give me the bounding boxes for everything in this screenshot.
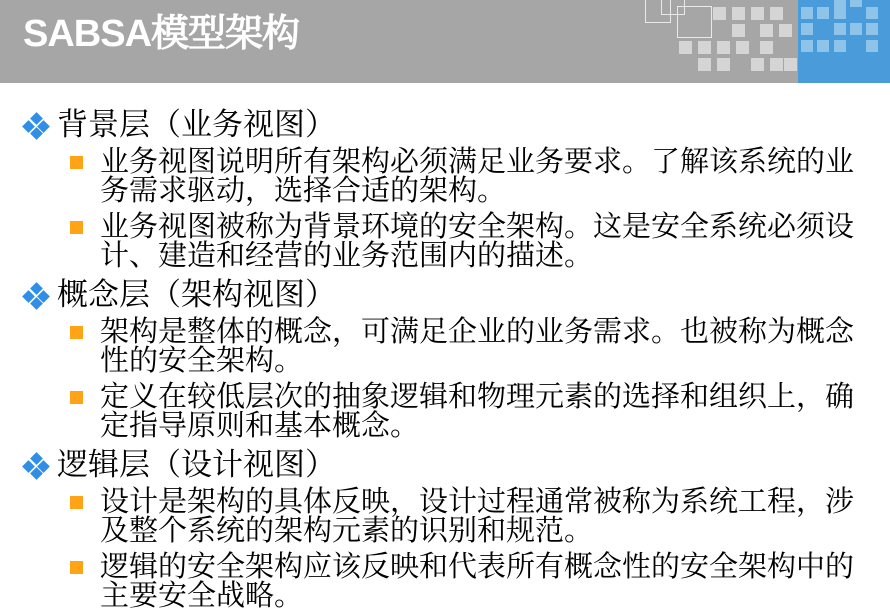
slide: SABSA模型架构 背景层（业务视图）业务视图说明所有架构必须满足业务要求。了解… bbox=[0, 0, 890, 616]
bullet-text-line: 架构是整体的概念，可满足企业的业务需求。也被称为概念 bbox=[100, 318, 890, 347]
blue-square-decor bbox=[850, 23, 862, 35]
bullet-text-line: 业务视图说明所有架构必须满足业务要求。了解该系统的业 bbox=[100, 148, 890, 177]
section-heading-text: 概念层（架构视图） bbox=[57, 277, 336, 312]
section-heading-1: 背景层（业务视图） bbox=[0, 108, 890, 142]
bullet-text-line: 定指导原则和基本概念。 bbox=[100, 412, 890, 441]
gray-square-decor bbox=[736, 41, 749, 54]
blue-square-decor bbox=[866, 7, 878, 19]
blue-square-decor bbox=[866, 40, 878, 52]
bullet-text-line: 务需求驱动，选择合适的架构。 bbox=[100, 177, 890, 206]
diamond-bullet-icon bbox=[24, 284, 48, 308]
blue-square-decor bbox=[866, 23, 878, 35]
gray-square-decor bbox=[779, 24, 792, 37]
square-bullet-icon bbox=[70, 561, 83, 574]
gray-square-decor bbox=[717, 58, 730, 71]
blue-square-decor bbox=[834, 7, 846, 19]
section-heading-2: 概念层（架构视图） bbox=[0, 278, 890, 312]
outline-square-decor bbox=[677, 6, 712, 38]
gray-square-decor bbox=[717, 41, 730, 54]
gray-square-decor bbox=[732, 7, 745, 20]
section-heading-text: 背景层（业务视图） bbox=[57, 107, 336, 142]
bullet-text-line: 设计是架构的具体反映，设计过程通常被称为系统工程，涉 bbox=[100, 488, 890, 517]
blue-square-decor bbox=[834, 40, 846, 52]
gray-square-decor bbox=[760, 41, 773, 54]
bullet-text-line: 及整个系统的架构元素的识别和规范。 bbox=[100, 517, 890, 546]
slide-title: SABSA模型架构 bbox=[23, 2, 299, 57]
gray-square-decor bbox=[679, 41, 692, 54]
gray-square-decor bbox=[698, 41, 711, 54]
bullet-text-line: 性的安全架构。 bbox=[100, 347, 890, 376]
gray-square-decor bbox=[751, 58, 764, 71]
section-heading-3: 逻辑层（设计视图） bbox=[0, 448, 890, 482]
blue-square-decor bbox=[834, 0, 846, 7]
blue-square-decor bbox=[834, 23, 846, 35]
bullet-text-line: 主要安全战略。 bbox=[100, 582, 890, 611]
bullet-item: 架构是整体的概念，可满足企业的业务需求。也被称为概念性的安全架构。 bbox=[0, 318, 890, 376]
gray-square-decor bbox=[698, 58, 711, 71]
slide-body: 背景层（业务视图）业务视图说明所有架构必须满足业务要求。了解该系统的业务需求驱动… bbox=[0, 108, 890, 616]
gray-square-decor bbox=[732, 24, 745, 37]
bullet-item: 业务视图说明所有架构必须满足业务要求。了解该系统的业务需求驱动，选择合适的架构。 bbox=[0, 148, 890, 206]
gray-square-decor bbox=[713, 7, 726, 20]
bullet-item: 设计是架构的具体反映，设计过程通常被称为系统工程，涉及整个系统的架构元素的识别和… bbox=[0, 488, 890, 546]
blue-square-decor bbox=[801, 7, 813, 19]
slide-header-band: SABSA模型架构 bbox=[0, 0, 890, 83]
bullet-text-line: 计、建造和经营的业务范围内的描述。 bbox=[100, 242, 890, 271]
blue-square-decor bbox=[817, 40, 829, 52]
blue-square-decor bbox=[801, 40, 813, 52]
section-heading-text: 逻辑层（设计视图） bbox=[57, 447, 336, 482]
bullet-text-line: 定义在较低层次的抽象逻辑和物理元素的选择和组织上，确 bbox=[100, 383, 890, 412]
bullet-item: 定义在较低层次的抽象逻辑和物理元素的选择和组织上，确定指导原则和基本概念。 bbox=[0, 383, 890, 441]
gray-square-decor bbox=[770, 58, 783, 71]
square-bullet-icon bbox=[70, 326, 83, 339]
gray-square-decor bbox=[760, 24, 773, 37]
square-bullet-icon bbox=[70, 221, 83, 234]
square-bullet-icon bbox=[70, 391, 83, 404]
gray-square-decor bbox=[751, 7, 764, 20]
diamond-bullet-icon bbox=[24, 114, 48, 138]
bullet-text-line: 逻辑的安全架构应该反映和代表所有概念性的安全架构中的 bbox=[100, 553, 890, 582]
bullet-item: 逻辑的安全架构应该反映和代表所有概念性的安全架构中的主要安全战略。 bbox=[0, 553, 890, 611]
blue-square-decor bbox=[817, 7, 829, 19]
gray-square-decor bbox=[770, 7, 783, 20]
blue-square-decor bbox=[850, 0, 862, 7]
diamond-bullet-icon bbox=[24, 454, 48, 478]
blue-square-decor bbox=[801, 23, 813, 35]
square-bullet-icon bbox=[70, 156, 83, 169]
bullet-item: 业务视图被称为背景环境的安全架构。这是安全系统必须设计、建造和经营的业务范围内的… bbox=[0, 213, 890, 271]
square-bullet-icon bbox=[70, 496, 83, 509]
bullet-text-line: 业务视图被称为背景环境的安全架构。这是安全系统必须设 bbox=[100, 213, 890, 242]
gray-square-decor bbox=[784, 58, 797, 71]
